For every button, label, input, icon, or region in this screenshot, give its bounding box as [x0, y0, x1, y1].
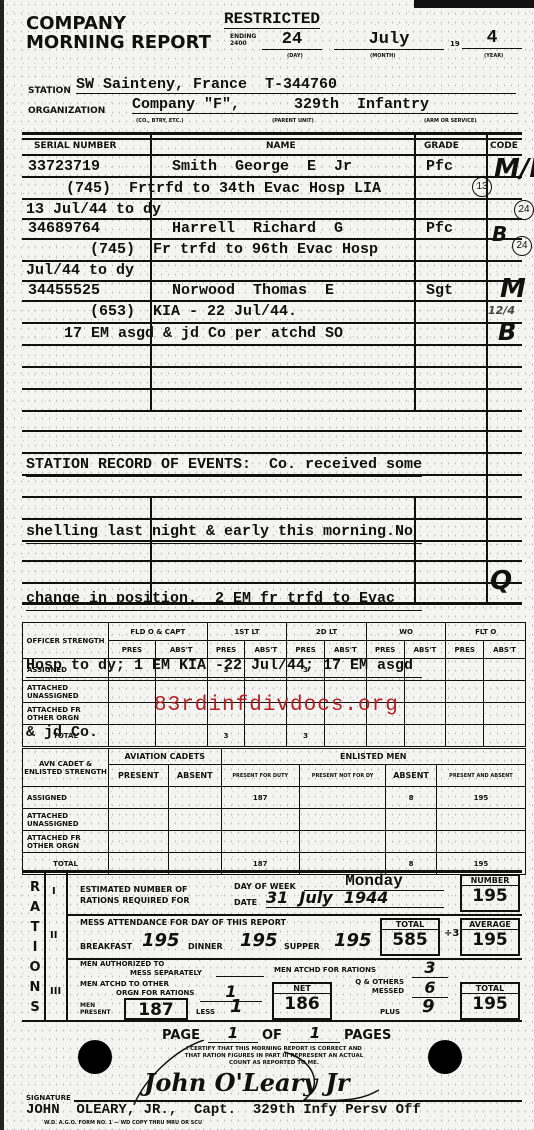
soldier-name: Norwood Thomas E [172, 282, 334, 299]
station-label: STATION [28, 86, 71, 96]
men-present-box: 187 [124, 998, 188, 1020]
dinner-count: 195 [240, 930, 278, 951]
mess-average-box: AVERAGE 195 [460, 918, 520, 956]
form-title: COMPANY MORNING REPORT [26, 14, 211, 52]
col-code: CODE [490, 141, 518, 151]
code-note: 12/4 [488, 304, 515, 317]
remark-line: (745) Frtrfd to 34th Evac Hosp LIA [66, 180, 381, 197]
serial-number: 33723719 [28, 158, 100, 175]
enlisted-row-attached-other: ATTACHED FR OTHER ORGN [23, 831, 526, 853]
rations-total-box: TOTAL 195 [460, 982, 520, 1020]
signer-name-title: JOHN OLEARY, JR., Capt. 329th Infy Persv… [26, 1102, 421, 1118]
atchd-other-label: MEN ATCHD TO OTHER ORGN FOR RATIONS [80, 980, 194, 998]
soldier-grade: Pfc [426, 220, 453, 237]
officer-row-total: TOTAL 3 3 [23, 725, 526, 747]
duty-code: M [500, 274, 526, 304]
ration-date-value: 31 July 1944 [266, 888, 444, 908]
plus-value: 9 [422, 996, 435, 1017]
form-note: W.D. A.G.O. FORM NO. 1 — WD COPY THRU MR… [44, 1120, 202, 1126]
serial-number: 34689764 [28, 220, 100, 237]
morning-report-page: COMPANY MORNING REPORT RESTRICTED ENDING… [0, 0, 534, 1130]
signature-script: John O'Leary Jr [144, 1068, 350, 1097]
breakfast-count: 195 [142, 930, 180, 951]
rations-number-box: NUMBER 195 [460, 874, 520, 912]
serial-number: 34455525 [28, 282, 100, 299]
officer-strength-table: OFFICER STRENGTH FLD O & CAPT 1ST LT 2D … [22, 622, 526, 747]
remark-line: (745) Fr trfd to 96th Evac Hosp [90, 241, 378, 258]
organization-value: Company "F", 329th Infantry [132, 96, 518, 114]
rations-required-label: ESTIMATED NUMBER OF RATIONS REQUIRED FOR [80, 884, 190, 906]
margin-initial: Q [490, 566, 512, 596]
soldier-grade: Sgt [426, 282, 453, 299]
rations-side-label: R A T I O N S [28, 878, 42, 1018]
duty-code: B [498, 318, 516, 346]
ending-label: ENDING 2400 [230, 33, 258, 47]
remark-line: 17 EM asgd & jd Co per atchd SO [64, 325, 343, 342]
duty-code: B [492, 222, 507, 246]
soldier-name: Smith George E Jr [172, 158, 352, 175]
duty-code: M/B [494, 154, 534, 184]
watermark: 83rdinfdivdocs.org [154, 694, 399, 717]
enlisted-strength-table: AVN CADET & ENLISTED STRENGTH AVIATION C… [22, 748, 526, 875]
organization-label: ORGANIZATION [28, 106, 105, 116]
soldier-name: Harrell Richard G [172, 220, 343, 237]
classification-stamp: RESTRICTED [224, 10, 320, 29]
remark-line: (653) KIA - 22 Jul/44. [90, 303, 297, 320]
code-note-circle: 24 [514, 200, 534, 220]
mess-total-box: TOTAL 585 [380, 918, 440, 956]
scan-edge [414, 0, 534, 8]
enlisted-row-assigned: ASSIGNED 187 8 195 [23, 787, 526, 809]
remark-line: Jul/44 to dy [26, 262, 134, 279]
col-serial-number: SERIAL NUMBER [34, 141, 116, 151]
code-note-circle: 13 [472, 177, 492, 197]
code-note-circle: 24 [512, 236, 532, 256]
enlisted-row-attached-unassigned: ATTACHED UNASSIGNED [23, 809, 526, 831]
report-day: 24 [262, 30, 322, 50]
less-value: 1 [230, 996, 243, 1017]
remark-line: 13 Jul/44 to dy [26, 201, 161, 218]
supper-count: 195 [334, 930, 372, 951]
others-messed-value: 6 [412, 978, 448, 998]
punch-hole [428, 1040, 462, 1074]
mess-separately-label: MEN AUTHORIZED TO MESS SEPARATELY [80, 960, 202, 978]
station-value: SW Sainteny, France T-344760 [76, 76, 516, 94]
report-year: 4 [462, 28, 522, 49]
atchd-for-rations-value: 3 [412, 958, 448, 978]
soldier-grade: Pfc [426, 158, 453, 175]
col-grade: GRADE [424, 141, 459, 151]
officer-row-assigned: ASSIGNED 3 3 [23, 659, 526, 681]
report-month: July [334, 30, 444, 50]
punch-hole [78, 1040, 112, 1074]
net-box: NET 186 [272, 982, 332, 1020]
col-name: NAME [266, 141, 296, 151]
